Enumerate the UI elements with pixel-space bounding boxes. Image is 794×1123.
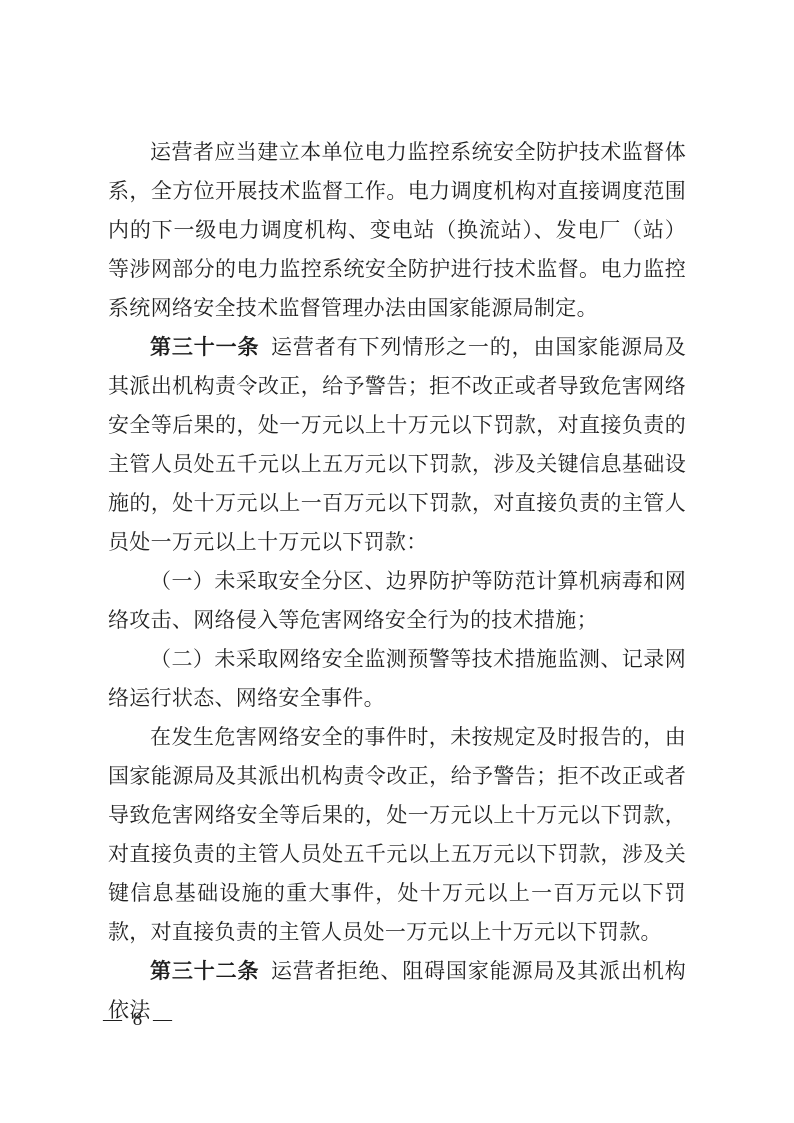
paragraph-text: 运营者应当建立本单位电力监控系统安全防护技术监督体系，全方位开展技术监督工作。电…: [108, 140, 686, 320]
page-number: — 8 —: [103, 1007, 175, 1033]
paragraph-text: 在发生危害网络安全的事件时，未按规定及时报告的，由国家能源局及其派出机构责令改正…: [108, 725, 686, 944]
article-paragraph: 第三十二条运营者拒绝、阻碍国家能源局及其派出机构依法: [108, 952, 686, 1030]
document-page: 运营者应当建立本单位电力监控系统安全防护技术监督体系，全方位开展技术监督工作。电…: [0, 0, 794, 1123]
paragraph: 在发生危害网络安全的事件时，未按规定及时报告的，由国家能源局及其派出机构责令改正…: [108, 718, 686, 952]
list-item-paragraph: （二）未采取网络安全监测预警等技术措施监测、记录网络运行状态、网络安全事件。: [108, 640, 686, 718]
article-number: 第三十一条: [150, 335, 259, 359]
article-number: 第三十二条: [150, 959, 259, 983]
list-item-paragraph: （一）未采取安全分区、边界防护等防范计算机病毒和网络攻击、网络侵入等危害网络安全…: [108, 562, 686, 640]
paragraph-text: （一）未采取安全分区、边界防护等防范计算机病毒和网络攻击、网络侵入等危害网络安全…: [108, 569, 686, 632]
paragraph: 运营者应当建立本单位电力监控系统安全防护技术监督体系，全方位开展技术监督工作。电…: [108, 133, 686, 328]
article-paragraph: 第三十一条运营者有下列情形之一的，由国家能源局及其派出机构责令改正，给予警告；拒…: [108, 328, 686, 562]
document-body: 运营者应当建立本单位电力监控系统安全防护技术监督体系，全方位开展技术监督工作。电…: [108, 133, 686, 1030]
paragraph-text: 运营者有下列情形之一的，由国家能源局及其派出机构责令改正，给予警告；拒不改正或者…: [108, 335, 686, 554]
paragraph-text: （二）未采取网络安全监测预警等技术措施监测、记录网络运行状态、网络安全事件。: [108, 647, 686, 710]
